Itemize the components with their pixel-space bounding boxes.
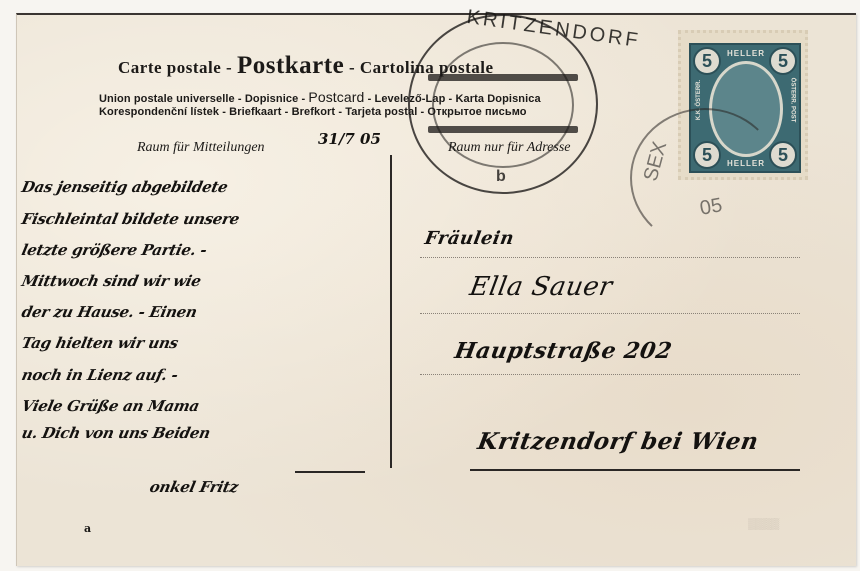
postmark-bar	[428, 74, 578, 81]
postmark-bar	[428, 126, 578, 133]
languages-text-a: Union postale universelle - Dopisnice -	[99, 93, 308, 105]
center-divider	[390, 155, 392, 468]
message-line: Das jenseitig abgebildete	[20, 178, 229, 196]
address-dotted-line	[420, 257, 800, 258]
message-line: noch in Lienz auf. -	[20, 366, 179, 384]
stamp-value: 5	[693, 47, 721, 75]
address-dotted-line	[420, 313, 800, 314]
message-line: u. Dich von uns Beiden	[20, 424, 212, 442]
address-name: Ella Sauer	[467, 272, 615, 302]
postmark-inner-ring	[432, 42, 574, 168]
message-line: Mittwoch sind wir wie	[20, 272, 203, 290]
address-underline	[470, 469, 800, 471]
address-dotted-line	[420, 374, 800, 375]
corner-pencil-mark: a	[84, 522, 91, 535]
message-area-label: Raum für Mitteilungen	[137, 140, 265, 156]
kritzendorf-postmark: KRITZENDORF b	[408, 14, 598, 194]
second-postmark-year: 05	[698, 194, 724, 221]
address-street: Hauptstraße 202	[453, 338, 674, 364]
message-line: der zu Hause. - Einen	[20, 303, 198, 321]
languages-postcard: Postcard	[308, 89, 364, 105]
stamp-value: 5	[769, 47, 797, 75]
postmark-number: b	[496, 168, 506, 186]
stamp-side-right: ÖSTERR. POST	[790, 78, 796, 123]
title-carte-postale: Carte postale -	[118, 58, 237, 77]
message-line: letzte größere Partie. -	[20, 241, 208, 259]
message-line: Viele Grüße an Mama	[20, 397, 201, 415]
message-line: Fischleintal bildete unsere	[20, 210, 241, 228]
handwritten-date: 31/7 05	[318, 130, 381, 148]
signature-underline	[295, 471, 365, 473]
address-town: Kritzendorf bei Wien	[476, 428, 761, 455]
faint-publisher-imprint: ▒▒▒▒	[748, 518, 779, 530]
stamp-heller-top: HELLER	[721, 49, 771, 58]
message-line: Tag hielten wir uns	[20, 334, 180, 352]
signature: onkel Fritz	[148, 478, 240, 496]
title-postkarte: Postkarte	[237, 52, 344, 79]
address-salutation: Fräulein	[423, 228, 516, 249]
